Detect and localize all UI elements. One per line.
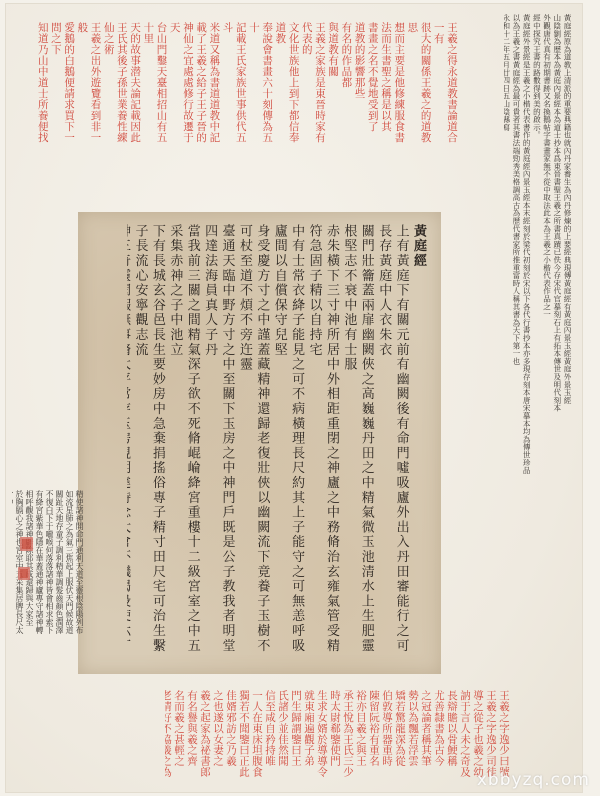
panel-body: 上有黃庭下有關元前有幽闕後有命門噓吸廬外出入丹田審能行之可長存黃庭中人衣朱衣 關… (127, 224, 409, 653)
red-annotation-bottom: 王羲之字逸少曰號 王羲之字逸少司徒 導之從子也羲之幼 訥于言人未之奇及 長辯贍以… (165, 690, 510, 782)
seal-stamp-icon (20, 537, 33, 551)
calligraphy-panel: 黃庭經 上有黃庭下有關元前有幽闕後有命門噓吸廬外出入丹田審能行之可長存黃庭中人衣… (78, 212, 441, 674)
panel-heading: 黃庭經 (411, 224, 426, 268)
watermark: xbbyzq.com (477, 770, 590, 790)
main-calligraphy-text: 黃庭經 上有黃庭下有關元前有幽闕後有命門噓吸廬外出入丹田審能行之可長存黃庭中人衣… (127, 224, 427, 662)
seal-stamp-icon (18, 567, 30, 580)
red-annotation-top: 王羲之得永道教書論道合一有 很大的關係王羲之的道教思 想而主要是他修練服食書 法… (38, 22, 458, 152)
left-colophon: 精使諸神開命門通利天道至靈根陰陽列布如流星肺之為氣三焦起上服伏天門候故道 關趾天… (12, 490, 84, 640)
right-colophon: 黃庭經原為道教上清派的重要典籍也就內丹家養生為內丹修煉的上要經典現傳黃庭經有黃庭… (504, 14, 572, 762)
